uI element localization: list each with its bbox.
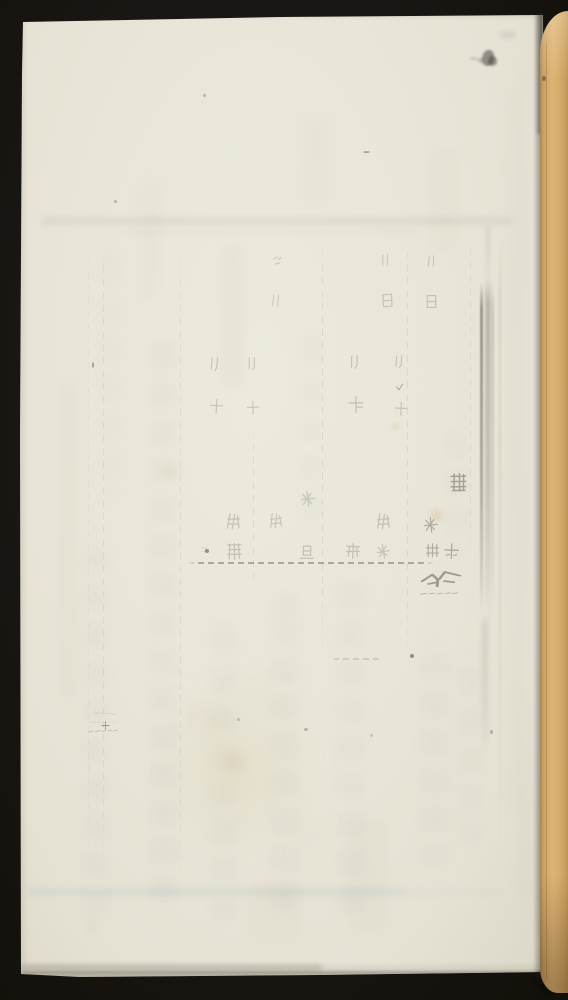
paper-stain	[391, 423, 400, 430]
paper-stain	[84, 918, 102, 932]
ink-speck	[370, 734, 373, 737]
show-through-character-mark	[448, 472, 469, 493]
fold-line-show-through	[480, 282, 483, 614]
show-through-character-mark	[424, 254, 439, 269]
paper-stain	[222, 752, 248, 774]
page-artifacts-layer	[20, 14, 545, 978]
show-through-column-line	[180, 240, 181, 885]
ink-speck	[203, 94, 206, 97]
show-through-character-mark	[225, 542, 244, 561]
paper-stain	[428, 508, 445, 523]
show-through-character-mark	[378, 253, 393, 268]
ghost-text-column	[300, 320, 322, 520]
show-through-character-mark	[346, 354, 363, 371]
show-through-character-mark	[267, 512, 286, 531]
show-through-column-line	[407, 238, 408, 663]
show-through-character-mark	[88, 726, 118, 735]
paper-stain	[160, 465, 182, 477]
ghost-text-column	[420, 640, 448, 865]
show-through-character-mark	[424, 542, 441, 559]
fold-line-show-through	[485, 276, 491, 616]
ink-speck	[114, 200, 117, 203]
show-through-character-mark	[199, 545, 211, 557]
ghost-text-column	[338, 578, 364, 918]
paper-texture-streak	[430, 150, 456, 250]
show-through-character-mark	[375, 543, 393, 561]
ink-smudge	[500, 31, 516, 39]
fold-line-show-through	[486, 225, 490, 280]
show-through-column-line	[103, 240, 104, 885]
fold-line-show-through	[499, 240, 501, 860]
show-through-character-mark	[395, 383, 404, 392]
show-through-column-line	[470, 236, 471, 566]
ghost-text-column	[100, 250, 120, 500]
show-through-character-mark	[268, 293, 285, 310]
paper-texture-streak	[60, 380, 76, 700]
show-through-character-mark	[347, 396, 365, 414]
show-through-character-mark	[244, 356, 261, 373]
show-through-character-mark	[443, 543, 461, 561]
ink-speck	[410, 654, 414, 658]
paper-stain	[186, 700, 226, 736]
show-through-character-mark	[423, 293, 440, 310]
show-through-column-line	[88, 232, 89, 888]
show-through-dashed-rule	[333, 658, 381, 660]
paper-stain	[160, 690, 310, 850]
show-through-character-mark	[224, 512, 244, 532]
show-through-band	[22, 964, 322, 971]
paper-texture-streak	[140, 180, 160, 300]
show-through-band	[400, 890, 500, 895]
paper-texture-streak	[250, 880, 300, 940]
ghost-text-column	[272, 592, 298, 922]
ink-speck	[92, 362, 94, 368]
ink-smudge	[482, 50, 494, 66]
show-through-column-line	[322, 238, 323, 663]
show-through-character-mark	[298, 543, 316, 561]
show-through-character-mark	[299, 490, 317, 508]
show-through-character-mark	[374, 512, 393, 531]
paper-texture-streak	[222, 246, 244, 386]
show-through-character-mark	[245, 400, 262, 417]
ghost-text-column	[212, 612, 236, 922]
book-scan-photograph	[0, 0, 568, 1000]
show-through-character-mark	[100, 720, 111, 731]
show-through-character-mark	[379, 292, 397, 310]
show-through-character-mark	[270, 254, 287, 271]
book-fore-edge	[540, 11, 568, 993]
show-through-column-line	[253, 430, 254, 595]
ink-smudge	[478, 58, 484, 63]
ink-smudge	[470, 57, 478, 60]
show-through-character-mark	[419, 566, 462, 592]
paper-texture-streak	[350, 820, 386, 930]
ghost-text-column	[458, 648, 482, 843]
ink-speck	[205, 549, 209, 553]
paper-texture-streak	[521, 60, 528, 900]
ghost-text-column	[150, 336, 176, 911]
show-through-character-mark	[344, 542, 363, 561]
show-through-band	[120, 230, 420, 234]
show-through-character-mark	[91, 719, 117, 726]
show-through-character-mark	[206, 356, 224, 374]
book-page-paper	[20, 14, 545, 978]
ink-speck	[237, 718, 240, 721]
paper-texture-streak	[300, 120, 330, 210]
ink-speck	[363, 151, 370, 153]
paper-stain	[236, 664, 296, 714]
show-through-band	[28, 888, 403, 896]
show-through-band	[42, 217, 512, 225]
ghost-text-column	[84, 548, 108, 928]
show-through-character-mark	[391, 354, 407, 370]
show-through-band	[22, 971, 541, 974]
ghost-text-column	[444, 430, 466, 555]
show-through-dashed-rule	[188, 562, 434, 564]
ink-smudge	[488, 56, 497, 66]
ink-speck	[304, 728, 308, 731]
show-through-character-mark	[422, 516, 441, 535]
show-through-character-mark	[208, 398, 226, 416]
show-through-character-mark	[393, 401, 410, 418]
fold-line-show-through	[492, 284, 494, 610]
fold-line-show-through	[482, 614, 488, 754]
paper-stain	[292, 817, 332, 857]
show-through-character-mark	[420, 589, 458, 599]
ink-speck	[490, 730, 493, 734]
paper-texture-streak	[508, 90, 518, 810]
show-through-character-mark	[94, 709, 116, 717]
